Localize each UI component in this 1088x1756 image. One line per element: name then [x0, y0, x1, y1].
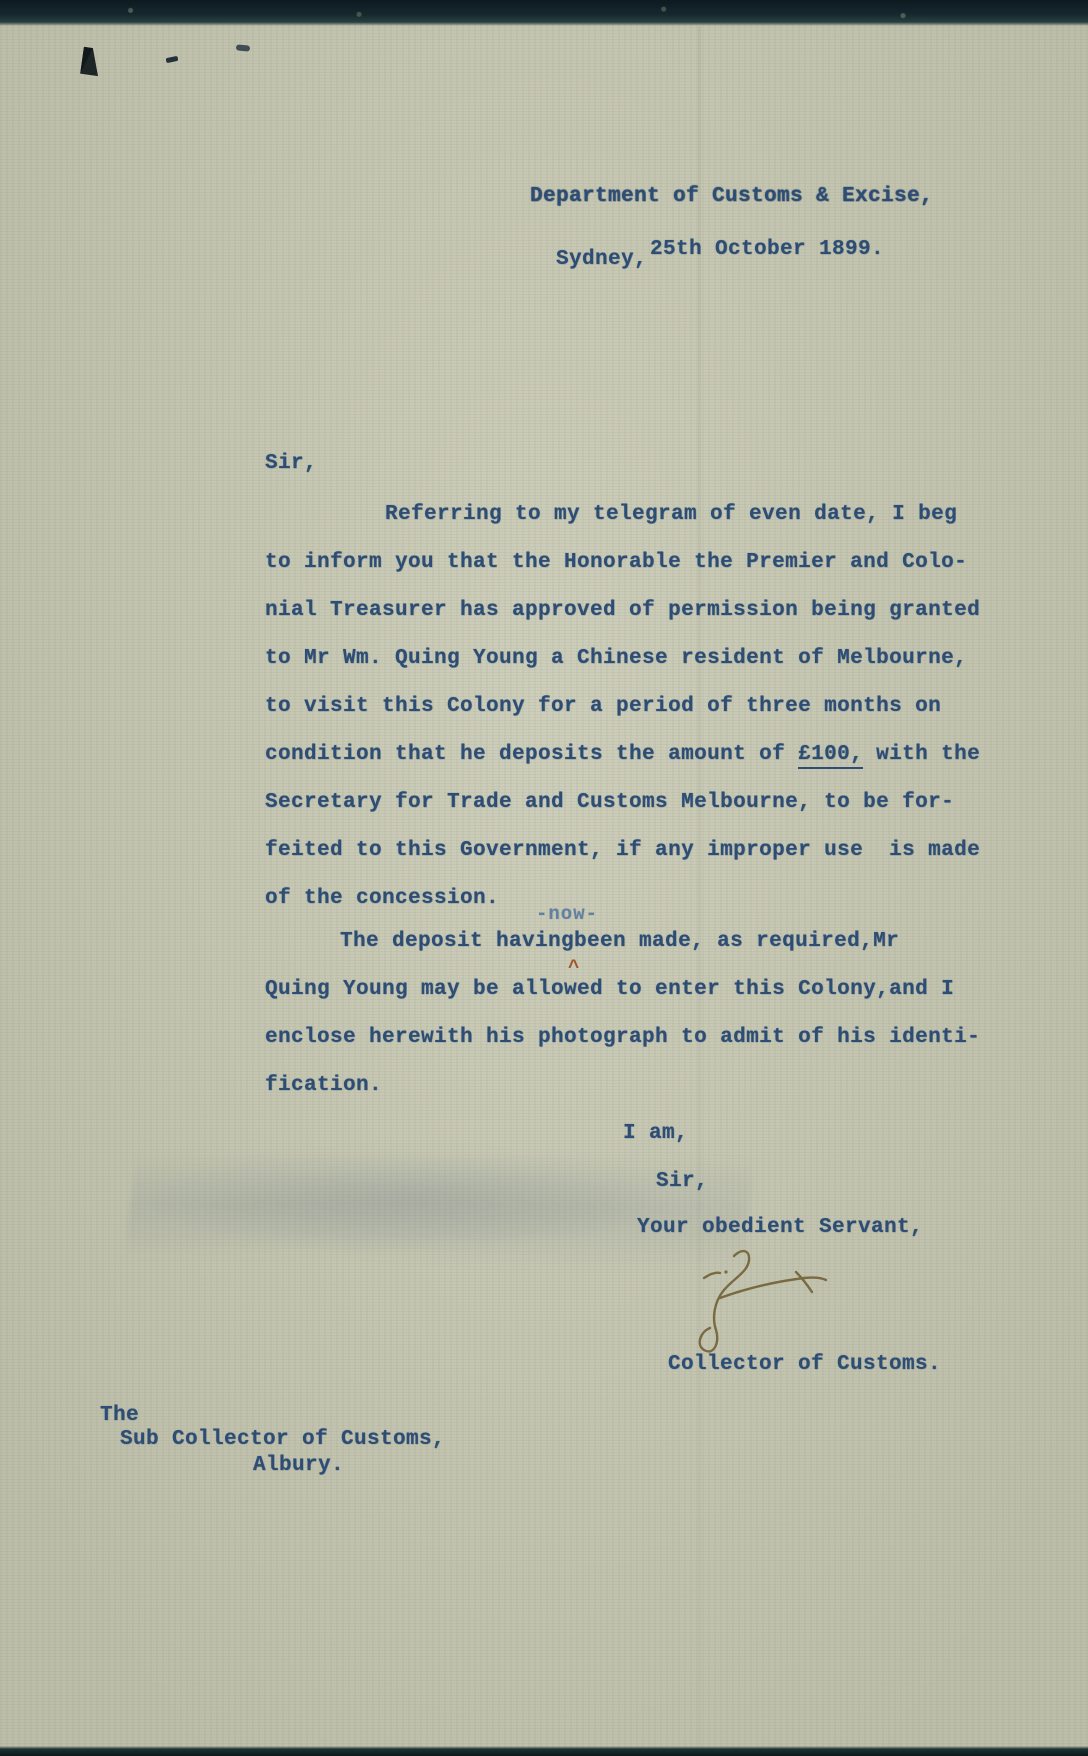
body-line-deposit-amount: condition that he deposits the amount of…	[265, 743, 980, 766]
body-line-with-caret: The deposit having^been made, as require…	[340, 930, 899, 953]
ink-bleedthrough-ghost	[123, 1140, 757, 1270]
body-line: Secretary for Trade and Customs Melbourn…	[265, 791, 954, 814]
handwritten-insertion-now: -now-	[536, 903, 598, 925]
scan-top-edge	[0, 0, 1088, 26]
body-line: of the concession.	[265, 887, 499, 910]
body-line: to inform you that the Honorable the Pre…	[265, 551, 967, 574]
addressee-the: The	[100, 1404, 139, 1427]
body-line: enclose herewith his photograph to admit…	[265, 1026, 980, 1049]
letterhead-place: Sydney,	[556, 248, 647, 271]
body-line: to visit this Colony for a period of thr…	[265, 695, 941, 718]
ink-blot-mark	[80, 47, 102, 76]
deposit-amount: £100,	[798, 743, 863, 769]
closing-i-am: I am,	[623, 1122, 688, 1145]
letterhead-department: Department of Customs & Excise,	[530, 185, 933, 208]
signature-handwritten	[676, 1238, 836, 1368]
body-line: Referring to my telegram of even date, I…	[385, 503, 957, 526]
scan-bottom-edge	[0, 1746, 1088, 1756]
addressee-albury: Albury.	[253, 1454, 344, 1477]
closing-servant: Your obedient Servant,	[637, 1216, 923, 1239]
paper-speck	[166, 56, 179, 63]
body-line: nial Treasurer has approved of permissio…	[265, 599, 980, 622]
deposit-having-post: been made, as required,Mr	[574, 930, 899, 953]
signer-title: Collector of Customs.	[668, 1353, 941, 1376]
letter-page: Department of Customs & Excise, Sydney, …	[0, 0, 1088, 1756]
paper-fold-line	[698, 26, 701, 1746]
letterhead-date: 25th October 1899.	[650, 238, 884, 261]
body-line: to Mr Wm. Quing Young a Chinese resident…	[265, 647, 967, 670]
body-line: fication.	[265, 1074, 382, 1097]
addressee-sub-collector: Sub Collector of Customs,	[120, 1428, 445, 1451]
body-line: feited to this Government, if any improp…	[265, 839, 980, 862]
closing-sir: Sir,	[656, 1170, 708, 1193]
deposit-line-pre: condition that he deposits the amount of	[265, 743, 798, 766]
salutation: Sir,	[265, 452, 317, 475]
deposit-line-post: with the	[863, 743, 980, 766]
paper-speck	[236, 44, 251, 51]
body-line: Quing Young may be allowed to enter this…	[265, 978, 954, 1001]
deposit-having-pre: The deposit having	[340, 930, 574, 953]
insertion-caret: ^	[568, 957, 580, 979]
